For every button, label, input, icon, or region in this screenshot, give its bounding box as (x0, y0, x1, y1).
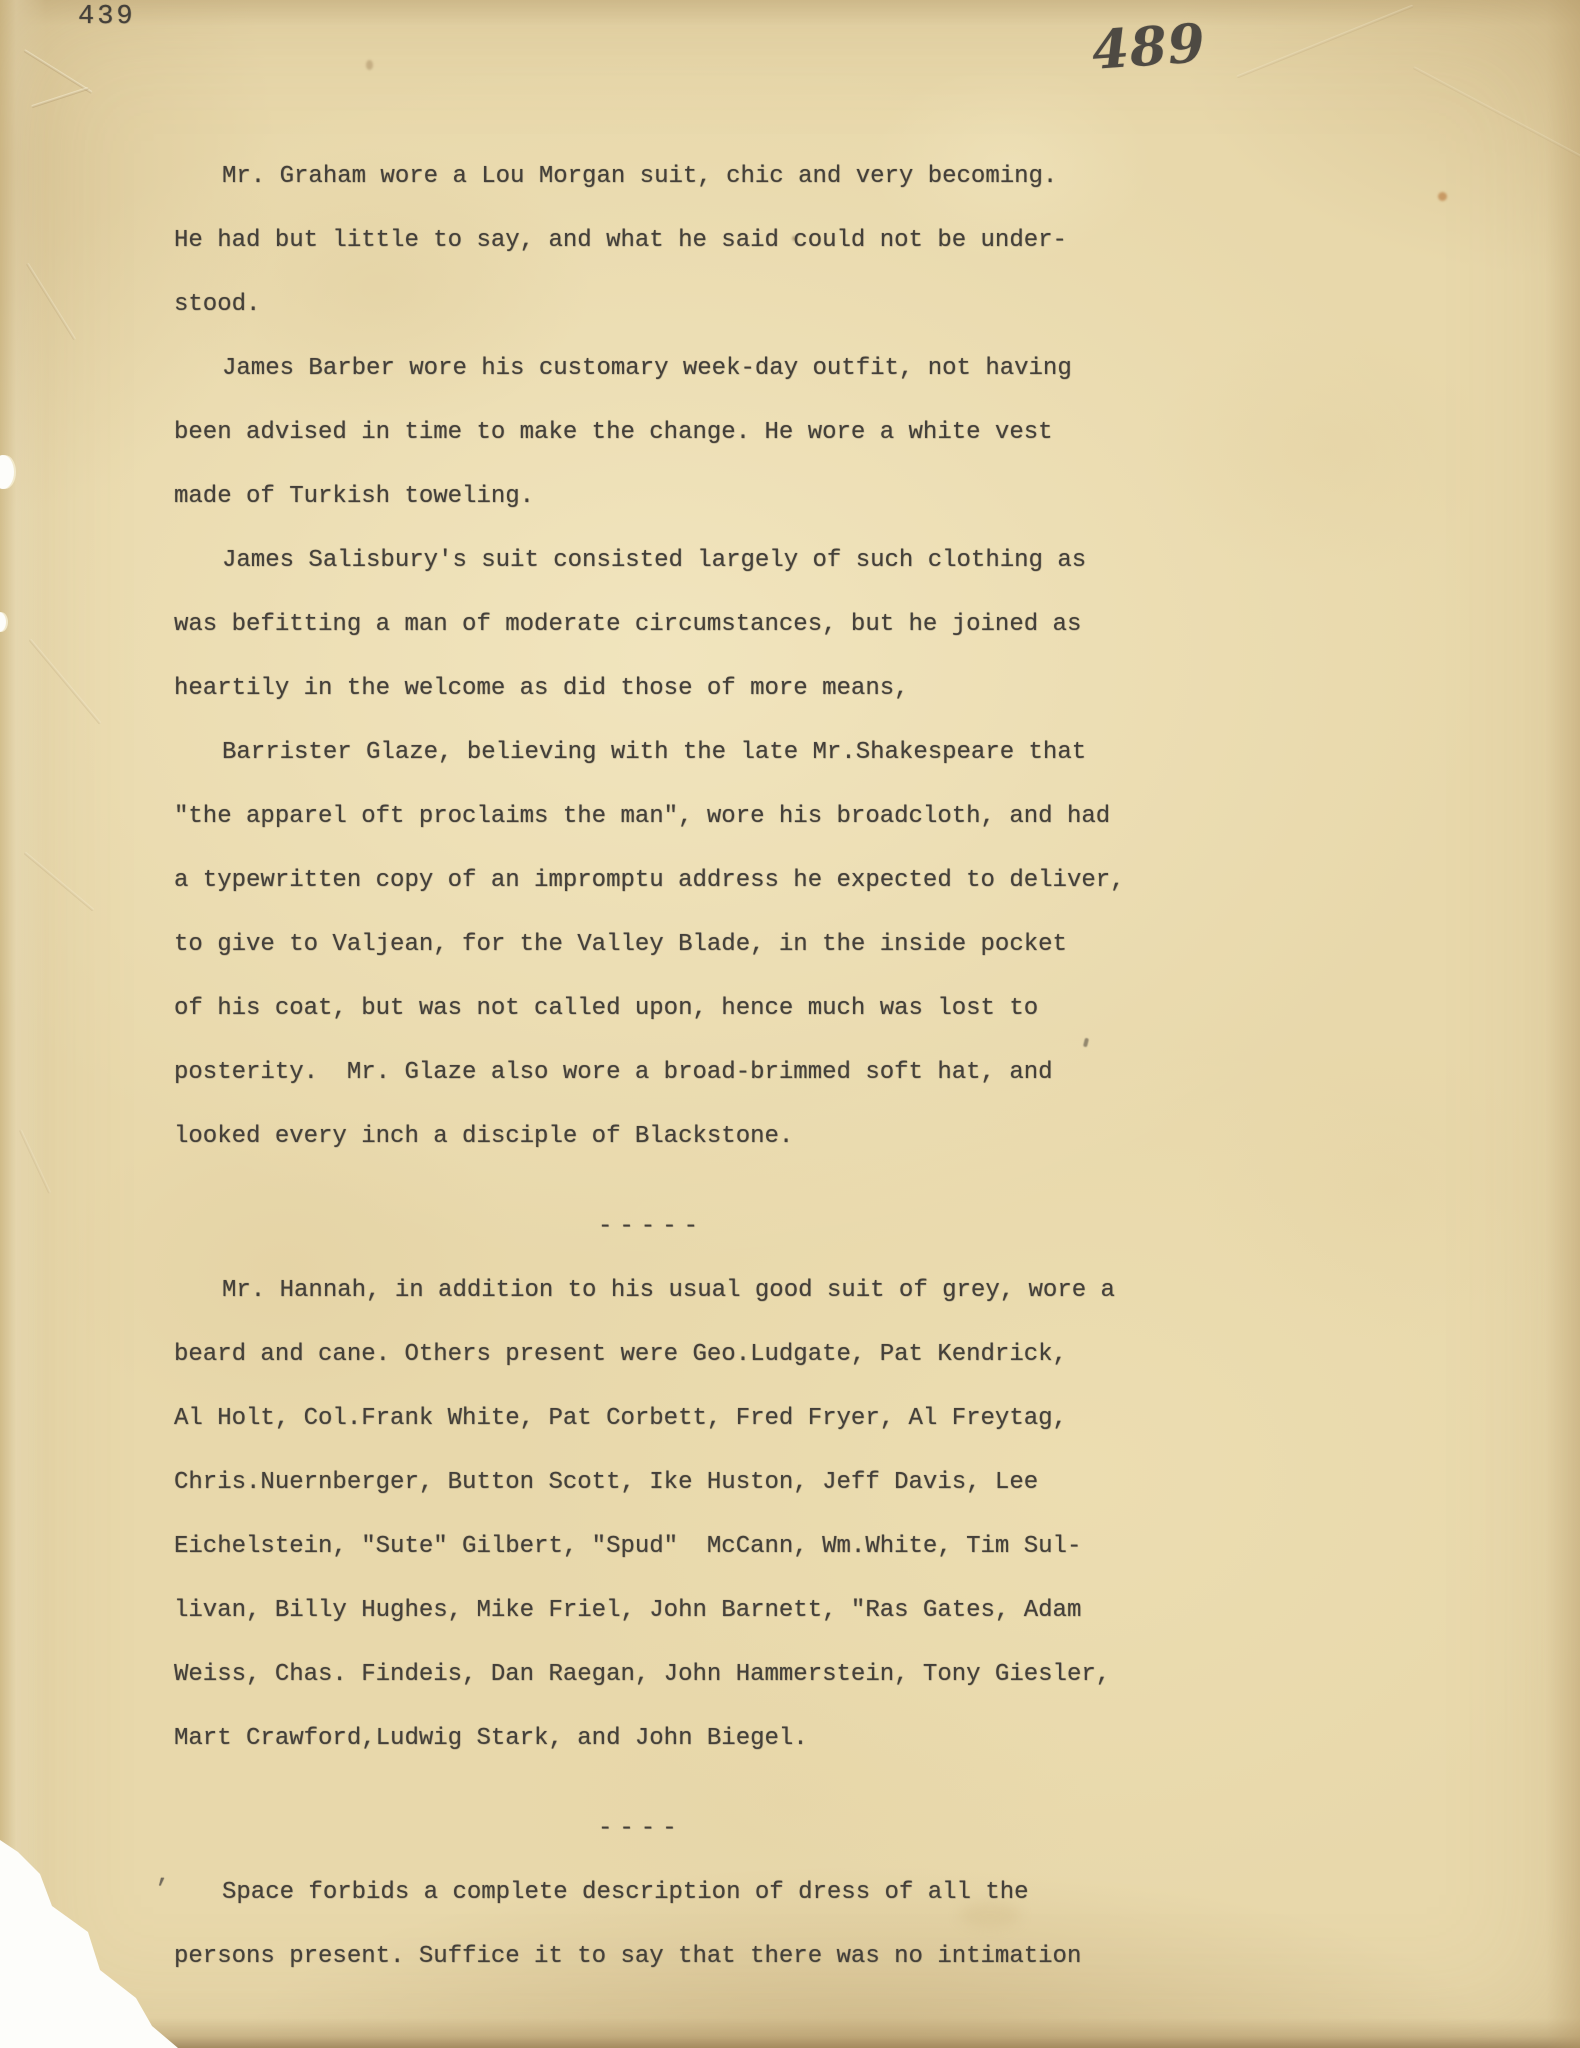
typed-line: looked every inch a disciple of Blacksto… (174, 1105, 1204, 1169)
paper-stain (1438, 192, 1447, 201)
typed-line: Eichelstein, "Sute" Gilbert, "Spud" McCa… (174, 1515, 1204, 1579)
torn-edge-notch (0, 612, 6, 632)
typed-line: James Salisbury's suit consisted largely… (174, 529, 1204, 593)
typed-line: stood. (174, 273, 1204, 337)
typed-line: to give to Valjean, for the Valley Blade… (174, 913, 1204, 977)
typed-line: Space forbids a complete description of … (174, 1861, 1204, 1925)
paper-crease (28, 638, 101, 724)
typed-line: a typewritten copy of an impromptu addre… (174, 849, 1204, 913)
paper-crease (1236, 5, 1413, 79)
typed-line: Mart Crawford,Ludwig Stark, and John Bie… (174, 1707, 1204, 1771)
typed-line: "the apparel oft proclaims the man", wor… (174, 785, 1204, 849)
paper-stain (366, 60, 373, 70)
typed-page-number: 439 (78, 2, 136, 32)
document-page: 439 489 Mr. Graham wore a Lou Morgan sui… (0, 0, 1580, 2048)
typed-line: made of Turkish toweling. (174, 465, 1204, 529)
typed-line: beard and cane. Others present were Geo.… (174, 1323, 1204, 1387)
paper-crease (31, 87, 89, 108)
typed-line: posterity. Mr. Glaze also wore a broad-b… (174, 1041, 1204, 1105)
handwritten-page-number: 489 (1090, 12, 1208, 82)
typed-line: heartily in the welcome as did those of … (174, 657, 1204, 721)
typed-line: been advised in time to make the change.… (174, 401, 1204, 465)
typed-line: Mr. Hannah, in addition to his usual goo… (174, 1259, 1204, 1323)
typed-line: James Barber wore his customary week-day… (174, 337, 1204, 401)
stray-ink-mark: , (156, 1862, 170, 1889)
paper-crease (26, 263, 76, 341)
typed-line: He had but little to say, and what he sa… (174, 209, 1204, 273)
typed-line: Mr. Graham wore a Lou Morgan suit, chic … (174, 145, 1204, 209)
torn-edge-notch (0, 455, 14, 489)
typed-line: livan, Billy Hughes, Mike Friel, John Ba… (174, 1579, 1204, 1643)
separator-line: ---- (174, 1797, 1204, 1861)
typed-line: Chris.Nuernberger, Button Scott, Ike Hus… (174, 1451, 1204, 1515)
typed-line: persons present. Suffice it to say that … (174, 1925, 1204, 1989)
paper-crease (23, 49, 92, 94)
typed-lines: Mr. Graham wore a Lou Morgan suit, chic … (174, 145, 1204, 1989)
paper-crease (1413, 66, 1580, 177)
typed-line: Weiss, Chas. Findeis, Dan Raegan, John H… (174, 1643, 1204, 1707)
paper-crease (19, 1129, 51, 1194)
paper-crease (24, 851, 95, 911)
typed-line: Al Holt, Col.Frank White, Pat Corbett, F… (174, 1387, 1204, 1451)
typed-line: of his coat, but was not called upon, he… (174, 977, 1204, 1041)
typed-line: was befitting a man of moderate circumst… (174, 593, 1204, 657)
separator-line: ----- (174, 1195, 1204, 1259)
typed-line: Barrister Glaze, believing with the late… (174, 721, 1204, 785)
